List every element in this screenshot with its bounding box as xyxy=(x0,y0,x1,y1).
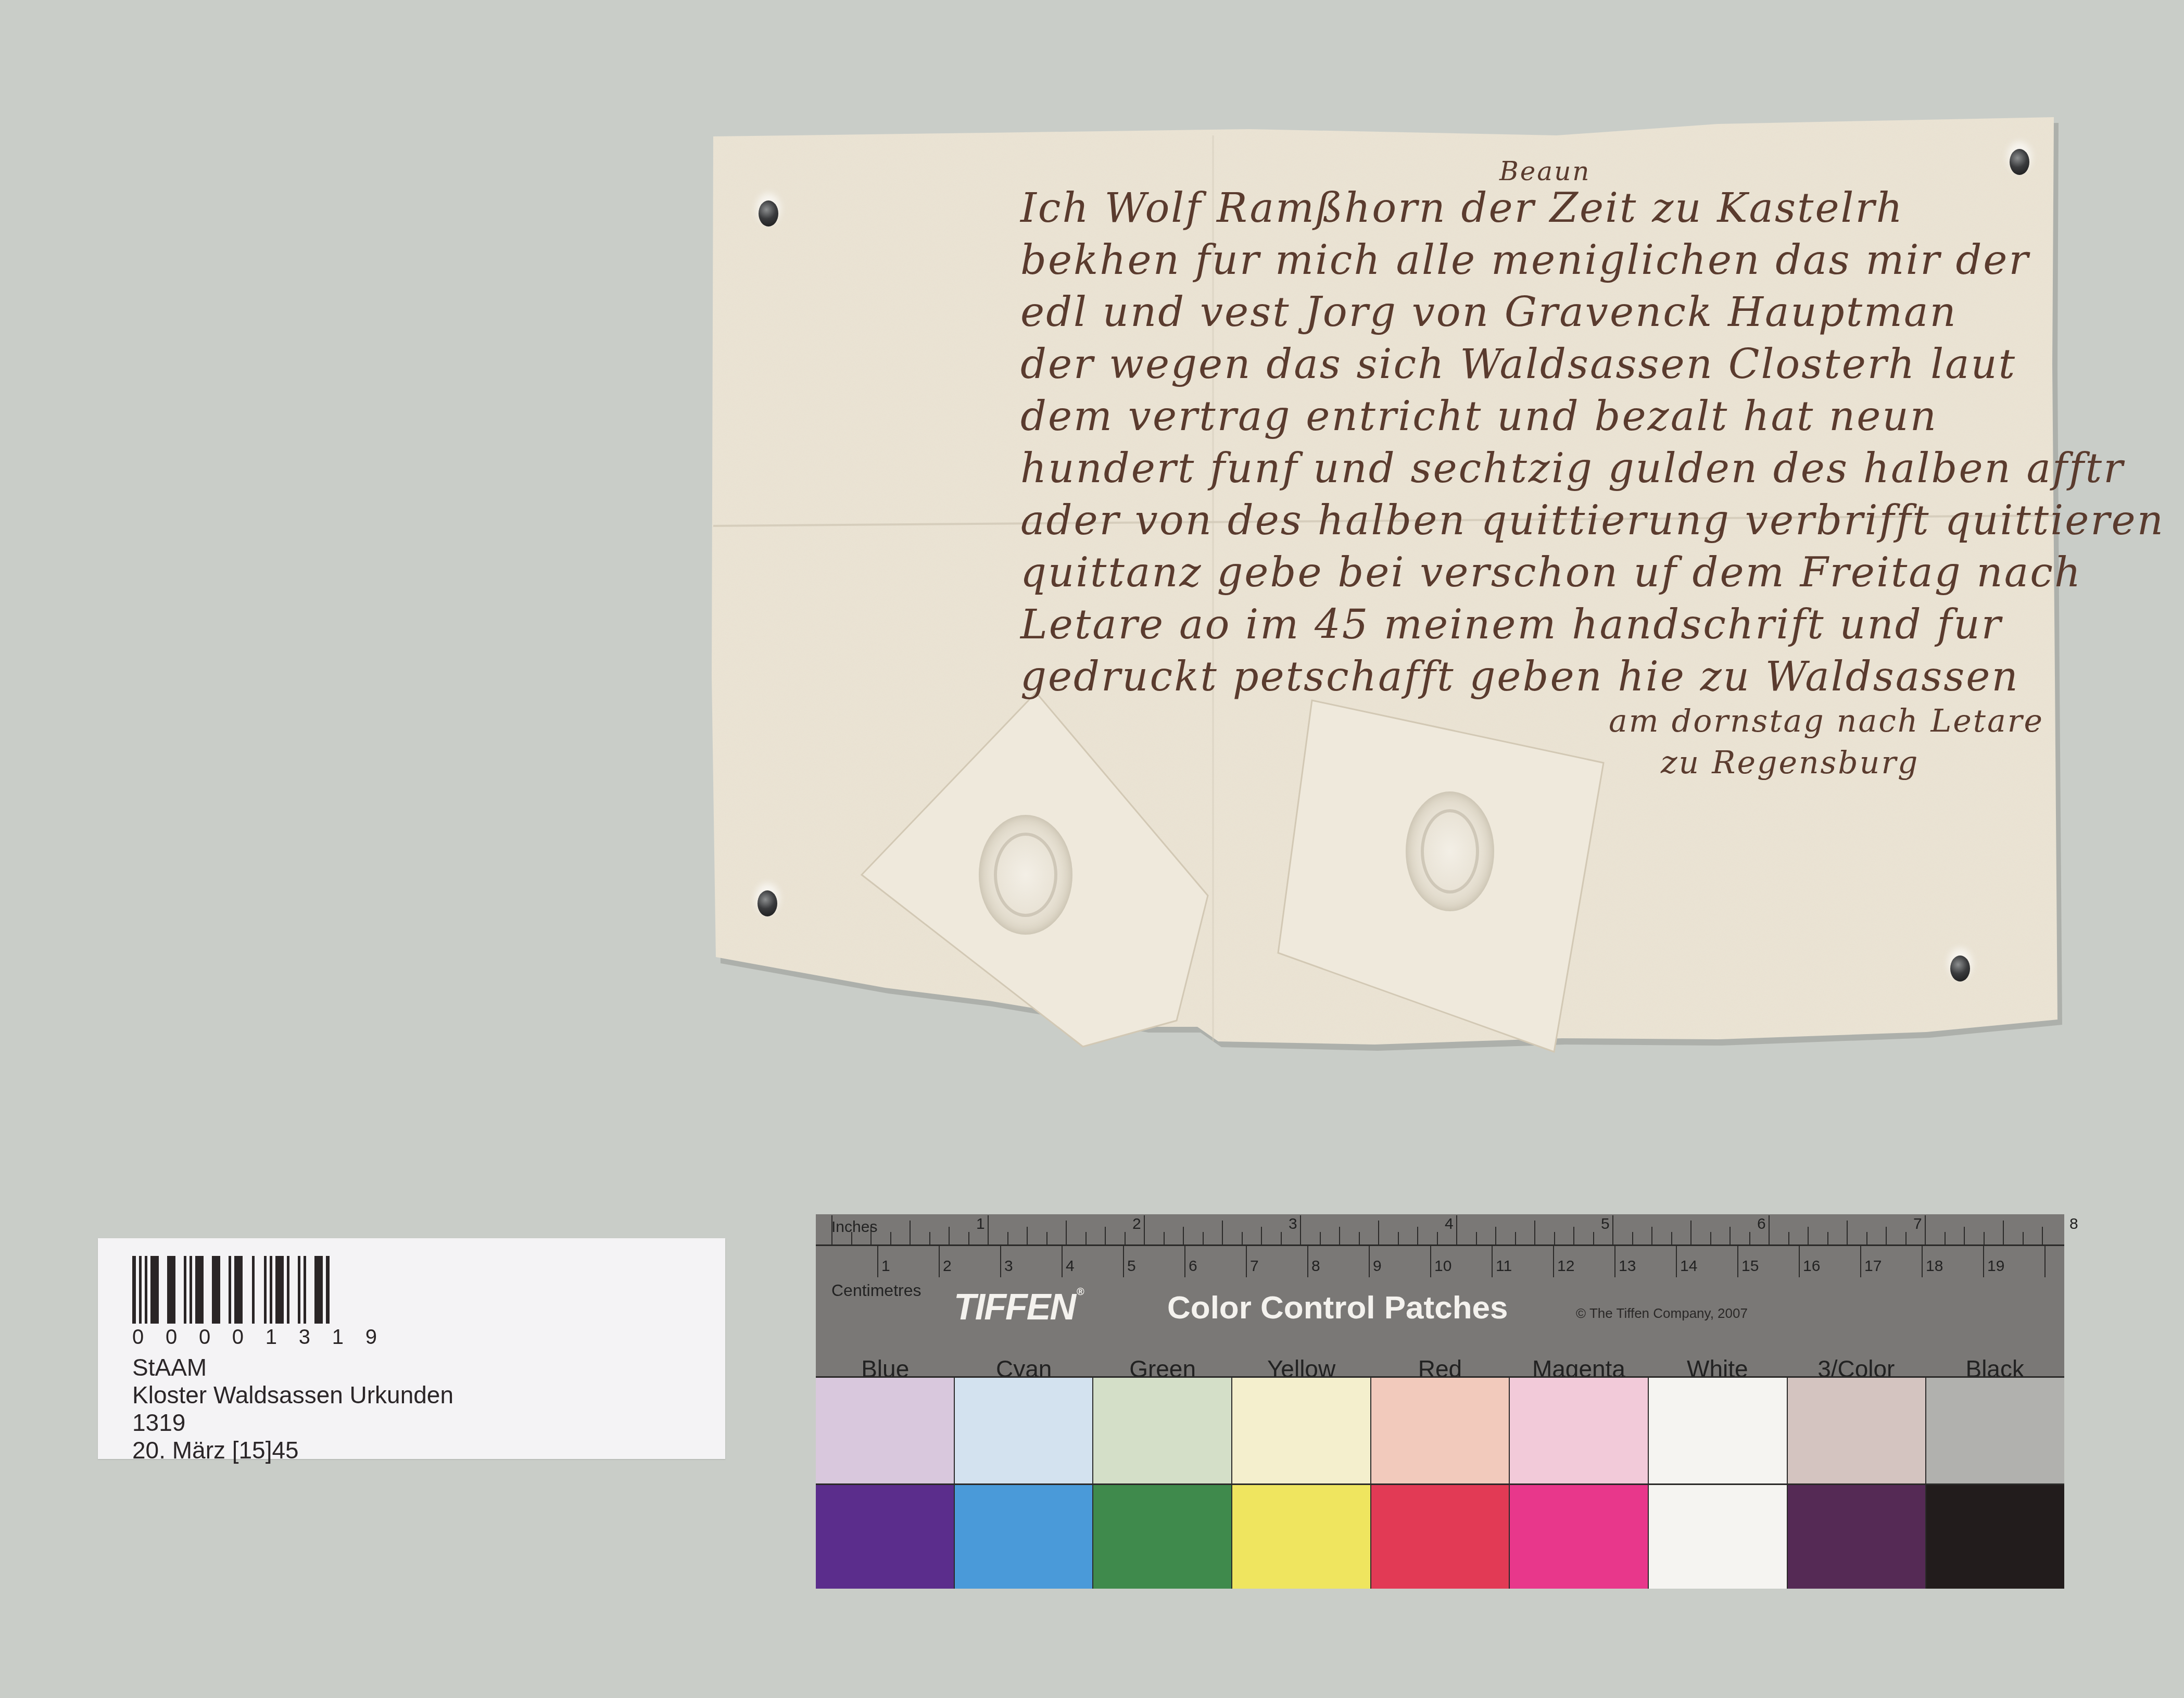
document-date: 20. März [15]45 xyxy=(132,1438,299,1462)
inch-tick-label: 5 xyxy=(1601,1215,1610,1233)
color-patches xyxy=(816,1376,2064,1589)
patch-dark-red xyxy=(1371,1485,1510,1589)
inch-tick xyxy=(1281,1232,1282,1244)
cm-tick-label: 3 xyxy=(1004,1257,1013,1275)
card-title: Color Control Patches xyxy=(1167,1289,1508,1326)
patch-light-magenta xyxy=(1510,1378,1649,1483)
inch-tick xyxy=(1203,1232,1204,1244)
cm-tick xyxy=(1307,1246,1308,1277)
copyright-notice: © The Tiffen Company, 2007 xyxy=(1576,1305,1748,1322)
inch-tick xyxy=(1339,1227,1340,1244)
barcode-digit: 0 xyxy=(132,1326,144,1349)
barcode-digit: 0 xyxy=(199,1326,210,1349)
inch-tick xyxy=(929,1232,930,1244)
cm-tick-label: 8 xyxy=(1311,1257,1320,1275)
text-line-10: gedruckt petschafft geben hie zu Waldsas… xyxy=(1020,653,2019,700)
inch-tick xyxy=(1729,1227,1731,1244)
inch-tick xyxy=(1300,1215,1301,1244)
inches-label: Inches xyxy=(831,1218,877,1236)
patch-dark-cyan xyxy=(955,1485,1094,1589)
patch-dark-yellow xyxy=(1232,1485,1371,1589)
inch-tick xyxy=(1476,1232,1477,1244)
inch-tick xyxy=(1984,1232,1985,1244)
inch-tick xyxy=(1105,1227,1106,1244)
patch-dark-black xyxy=(1926,1485,2064,1589)
inch-tick xyxy=(1320,1232,1321,1244)
cm-tick-label: 5 xyxy=(1127,1257,1136,1275)
cm-tick xyxy=(1369,1246,1370,1277)
barcode xyxy=(132,1256,333,1324)
patch-dark-white xyxy=(1649,1485,1788,1589)
cm-tick-label: 14 xyxy=(1680,1257,1697,1275)
inch-tick xyxy=(1847,1221,1848,1244)
patch-dark-green xyxy=(1093,1485,1232,1589)
patch-light-3color xyxy=(1788,1378,1927,1483)
barcode-digit: 0 xyxy=(166,1326,177,1349)
cm-tick-label: 13 xyxy=(1619,1257,1636,1275)
cm-tick xyxy=(1799,1246,1800,1277)
barcode-digit: 0 xyxy=(232,1326,244,1349)
inch-tick xyxy=(1066,1221,1067,1244)
inch-tick xyxy=(2003,1221,2004,1244)
inch-tick xyxy=(1222,1221,1223,1244)
inch-tick xyxy=(1573,1227,1574,1244)
brand-name: TIFFEN xyxy=(954,1287,1075,1327)
patch-light-blue xyxy=(816,1378,955,1483)
barcode-digit: 3 xyxy=(299,1326,310,1349)
inch-tick-label: 1 xyxy=(976,1215,985,1233)
inch-tick xyxy=(1945,1232,1946,1244)
patch-light-black xyxy=(1926,1378,2064,1483)
tiffen-color-card: 12345678 Inches 123456789101112131415161… xyxy=(816,1214,2064,1587)
inch-tick xyxy=(1827,1232,1828,1244)
text-line-2: bekhen fur mich alle meniglichen das mir… xyxy=(1020,237,2030,284)
archive-label: 0 0 0 0 1 3 1 9 StAAM Kloster Waldsassen… xyxy=(98,1238,725,1459)
barcode-number: 0 0 0 0 1 3 1 9 xyxy=(132,1326,377,1349)
collection-name: Kloster Waldsassen Urkunden xyxy=(132,1383,453,1407)
inch-tick-label: 3 xyxy=(1289,1215,1297,1233)
patch-light-green xyxy=(1093,1378,1232,1483)
inch-tick xyxy=(1183,1227,1184,1244)
inch-tick xyxy=(968,1232,969,1244)
inch-tick xyxy=(1651,1227,1652,1244)
cm-tick-label: 2 xyxy=(943,1257,952,1275)
cm-tick-label: 10 xyxy=(1434,1257,1451,1275)
cm-tick xyxy=(1922,1246,1923,1277)
mounting-hole-bottom-right xyxy=(1950,955,1970,982)
cm-tick-label: 6 xyxy=(1189,1257,1197,1275)
cm-tick xyxy=(939,1246,940,1277)
cm-tick-label: 19 xyxy=(1987,1257,2004,1275)
inch-tick xyxy=(1261,1227,1262,1244)
inch-tick xyxy=(1046,1232,1047,1244)
cm-tick xyxy=(1676,1246,1677,1277)
patch-dark-magenta xyxy=(1510,1485,1649,1589)
inch-tick xyxy=(1242,1232,1243,1244)
centimetre-ruler: 12345678910111213141516171819 xyxy=(816,1246,2064,1278)
cm-tick-label: 7 xyxy=(1250,1257,1259,1275)
cm-tick-label: 17 xyxy=(1864,1257,1882,1275)
cm-tick-label: 11 xyxy=(1496,1257,1512,1275)
text-line-7: ader von des halben quittierung verbriff… xyxy=(1020,497,2165,544)
document-number: 1319 xyxy=(132,1411,185,1435)
inch-tick xyxy=(1398,1232,1399,1244)
inch-tick xyxy=(1710,1232,1711,1244)
registered-mark: ® xyxy=(1077,1286,1083,1298)
cm-tick xyxy=(1860,1246,1861,1277)
patch-light-red xyxy=(1371,1378,1510,1483)
inch-tick-label: 2 xyxy=(1132,1215,1141,1233)
cm-tick xyxy=(1123,1246,1124,1277)
patch-dark-blue xyxy=(816,1485,955,1589)
text-line-8: quittanz gebe bei verschon uf dem Freita… xyxy=(1020,549,2082,596)
cm-tick xyxy=(1553,1246,1554,1277)
mounting-hole-bottom-left xyxy=(758,890,777,916)
inch-tick xyxy=(1027,1227,1028,1244)
patch-light-cyan xyxy=(955,1378,1094,1483)
text-line-3: edl und vest Jorg von Gravenck Hauptman xyxy=(1020,289,1958,336)
centimetres-label: Centimetres xyxy=(831,1281,921,1300)
inch-tick xyxy=(890,1232,891,1244)
inch-ruler: 12345678 xyxy=(816,1214,2064,1246)
cm-tick xyxy=(1737,1246,1738,1277)
barcode-digit: 9 xyxy=(365,1326,377,1349)
text-line-12: zu Regensburg xyxy=(1661,745,1920,781)
inch-tick xyxy=(2042,1227,2043,1244)
pastel-patch-row xyxy=(816,1378,2064,1485)
cm-tick-label: 18 xyxy=(1926,1257,1943,1275)
right-wax-seal xyxy=(1406,791,1494,911)
inch-tick xyxy=(1866,1232,1867,1244)
inch-tick xyxy=(1515,1232,1516,1244)
barcode-digit: 1 xyxy=(332,1326,344,1349)
patch-light-white xyxy=(1649,1378,1788,1483)
barcode-digit: 1 xyxy=(266,1326,277,1349)
cm-tick xyxy=(1983,1246,1984,1277)
inch-tick xyxy=(2023,1232,2024,1244)
cm-tick-label: 9 xyxy=(1373,1257,1382,1275)
inch-tick xyxy=(1007,1232,1008,1244)
inch-tick xyxy=(1164,1232,1165,1244)
inch-tick xyxy=(1359,1232,1360,1244)
cm-tick-label: 16 xyxy=(1803,1257,1820,1275)
inch-tick xyxy=(1437,1232,1438,1244)
inch-tick xyxy=(949,1227,950,1244)
inch-tick xyxy=(1925,1215,1926,1244)
inch-tick xyxy=(1456,1215,1457,1244)
cm-tick-label: 1 xyxy=(881,1257,890,1275)
inch-tick xyxy=(1769,1215,1770,1244)
text-line-5: dem vertrag entricht und bezalt hat neun xyxy=(1020,393,1938,440)
handwritten-text: Beaun Ich Wolf Ramßhorn der Zeit zu Kast… xyxy=(1020,156,2041,807)
cm-tick xyxy=(1492,1246,1493,1277)
inch-tick xyxy=(1632,1232,1633,1244)
text-line-11: am dornstag nach Letare xyxy=(1609,703,2044,739)
inch-tick xyxy=(1690,1221,1691,1244)
annotation-top: Beaun xyxy=(1499,156,1591,186)
inch-tick-label: 4 xyxy=(1445,1215,1454,1233)
cm-tick xyxy=(877,1246,878,1277)
inch-tick xyxy=(1085,1232,1087,1244)
archive-name: StAAM xyxy=(132,1355,207,1379)
saturated-patch-row xyxy=(816,1485,2064,1589)
inch-tick xyxy=(1905,1232,1907,1244)
inch-tick xyxy=(1808,1227,1809,1244)
inch-tick xyxy=(1534,1221,1535,1244)
cm-tick-label: 4 xyxy=(1066,1257,1075,1275)
tiffen-logo: TIFFEN® xyxy=(954,1286,1083,1328)
patch-light-yellow xyxy=(1232,1378,1371,1483)
cm-tick xyxy=(1614,1246,1615,1277)
inch-tick xyxy=(1554,1232,1555,1244)
inch-tick xyxy=(1125,1232,1126,1244)
inch-tick xyxy=(910,1221,911,1244)
inch-tick-label: 6 xyxy=(1757,1215,1766,1233)
cm-tick-label: 12 xyxy=(1557,1257,1574,1275)
patch-dark-3color xyxy=(1788,1485,1927,1589)
cm-tick-label: 15 xyxy=(1741,1257,1759,1275)
inch-tick xyxy=(1593,1232,1594,1244)
cm-tick xyxy=(1184,1246,1185,1277)
inch-tick xyxy=(1671,1232,1672,1244)
inch-tick xyxy=(1749,1232,1750,1244)
text-line-1: Ich Wolf Ramßhorn der Zeit zu Kastelrh xyxy=(1020,185,1904,232)
inch-tick xyxy=(1144,1215,1145,1244)
cm-tick xyxy=(1430,1246,1431,1277)
inch-tick xyxy=(1417,1227,1418,1244)
cm-tick xyxy=(1246,1246,1247,1277)
inch-tick xyxy=(1612,1215,1613,1244)
cm-tick xyxy=(1062,1246,1063,1277)
inch-tick xyxy=(1788,1232,1789,1244)
text-line-6: hundert funf und sechtzig gulden des hal… xyxy=(1020,445,2124,492)
inch-tick xyxy=(1378,1221,1379,1244)
left-wax-seal xyxy=(979,815,1072,935)
inch-tick xyxy=(1495,1227,1496,1244)
cm-tick xyxy=(1000,1246,1001,1277)
inch-tick xyxy=(1886,1227,1887,1244)
inch-tick-label: 8 xyxy=(2069,1215,2078,1233)
text-line-9: Letare ao im 45 meinem handschrift und f… xyxy=(1020,601,2002,648)
text-line-4: der wegen das sich Waldsassen Closterh l… xyxy=(1020,341,2016,388)
cm-tick xyxy=(2044,1246,2046,1277)
inch-tick-label: 7 xyxy=(1913,1215,1922,1233)
inch-tick xyxy=(988,1215,989,1244)
mounting-hole-top-left xyxy=(759,200,778,227)
inch-tick xyxy=(1964,1227,1965,1244)
